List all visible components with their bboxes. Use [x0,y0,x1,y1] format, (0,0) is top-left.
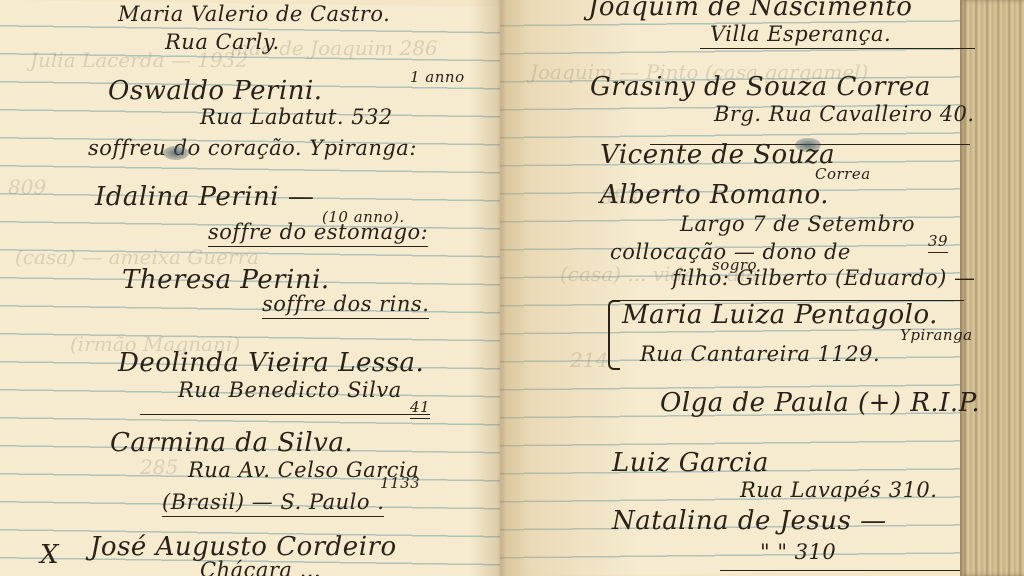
entry-name: Maria Valerio de Castro. [118,2,390,26]
entry-bracket [608,300,620,370]
ghost-text: 809 [8,175,46,199]
entry-note: 1 anno [410,68,465,86]
entry-address: Rua Lavapés 310. [740,478,937,502]
entry-address: Villa Esperança. [710,22,891,46]
entry-name: Natalina de Jesus — [612,506,887,536]
entry-note: Ypiranga [900,326,973,344]
entry-note: filho: Gilberto (Eduardo) — [672,266,976,290]
entry-address: Brg. Rua Cavalleiro 40. [714,102,975,126]
entry-name: Maria Luiza Pentagolo. [622,300,938,330]
ghost-text: 214 [570,348,608,372]
entry-name: Oswaldo Perini. [108,76,323,106]
underline [720,570,960,571]
notebook-spread: Julia Lacerda — 1932 mãe de Joaquim 286 … [0,0,1024,576]
entry-note: soffre dos rins. [262,292,429,319]
entry-marker: X [40,540,59,570]
entry-address: Largo 7 de Setembro [680,212,915,236]
entry-address: Rua Labatut. 532 [200,105,393,129]
entry-name: Grasiny de Souza Correa [590,72,931,102]
underline [700,48,975,49]
entry-note: soffreu do coração. Ypiranga: [88,136,417,160]
underline [140,414,430,415]
entry-name: Vicente de Souza [600,140,835,170]
entry-address: Rua Cantareira 1129. [640,342,880,366]
entry-name: Alberto Romano. [600,180,829,210]
entry-name: Luiz Garcia [612,448,769,478]
entry-address: Chácara ... [200,558,321,576]
entry-address: (Brasil) — S. Paulo . [162,490,384,517]
entry-name: Carmina da Silva. [110,428,353,458]
entry-number: 39 [928,232,948,253]
entry-address: " " 310 [760,540,836,564]
entry-name: Olga de Paula (+) R.I.P. [660,388,980,418]
entry-name: Joaquim de Nascimento [588,0,912,22]
entry-note: soffre do estomago: [208,220,428,247]
entry-address: Rua Benedicto Silva [178,378,402,402]
ink-blot [163,146,189,160]
entry-name: Deolinda Vieira Lessa. [118,348,424,378]
ghost-text: 285 [140,455,178,479]
entry-number: 1133 [380,474,420,492]
entry-name: Idalina Perini — [95,182,314,212]
entry-name: Theresa Perini. [122,265,330,295]
entry-address: Rua Carly. [165,30,280,54]
entry-number: 41 [410,398,430,419]
